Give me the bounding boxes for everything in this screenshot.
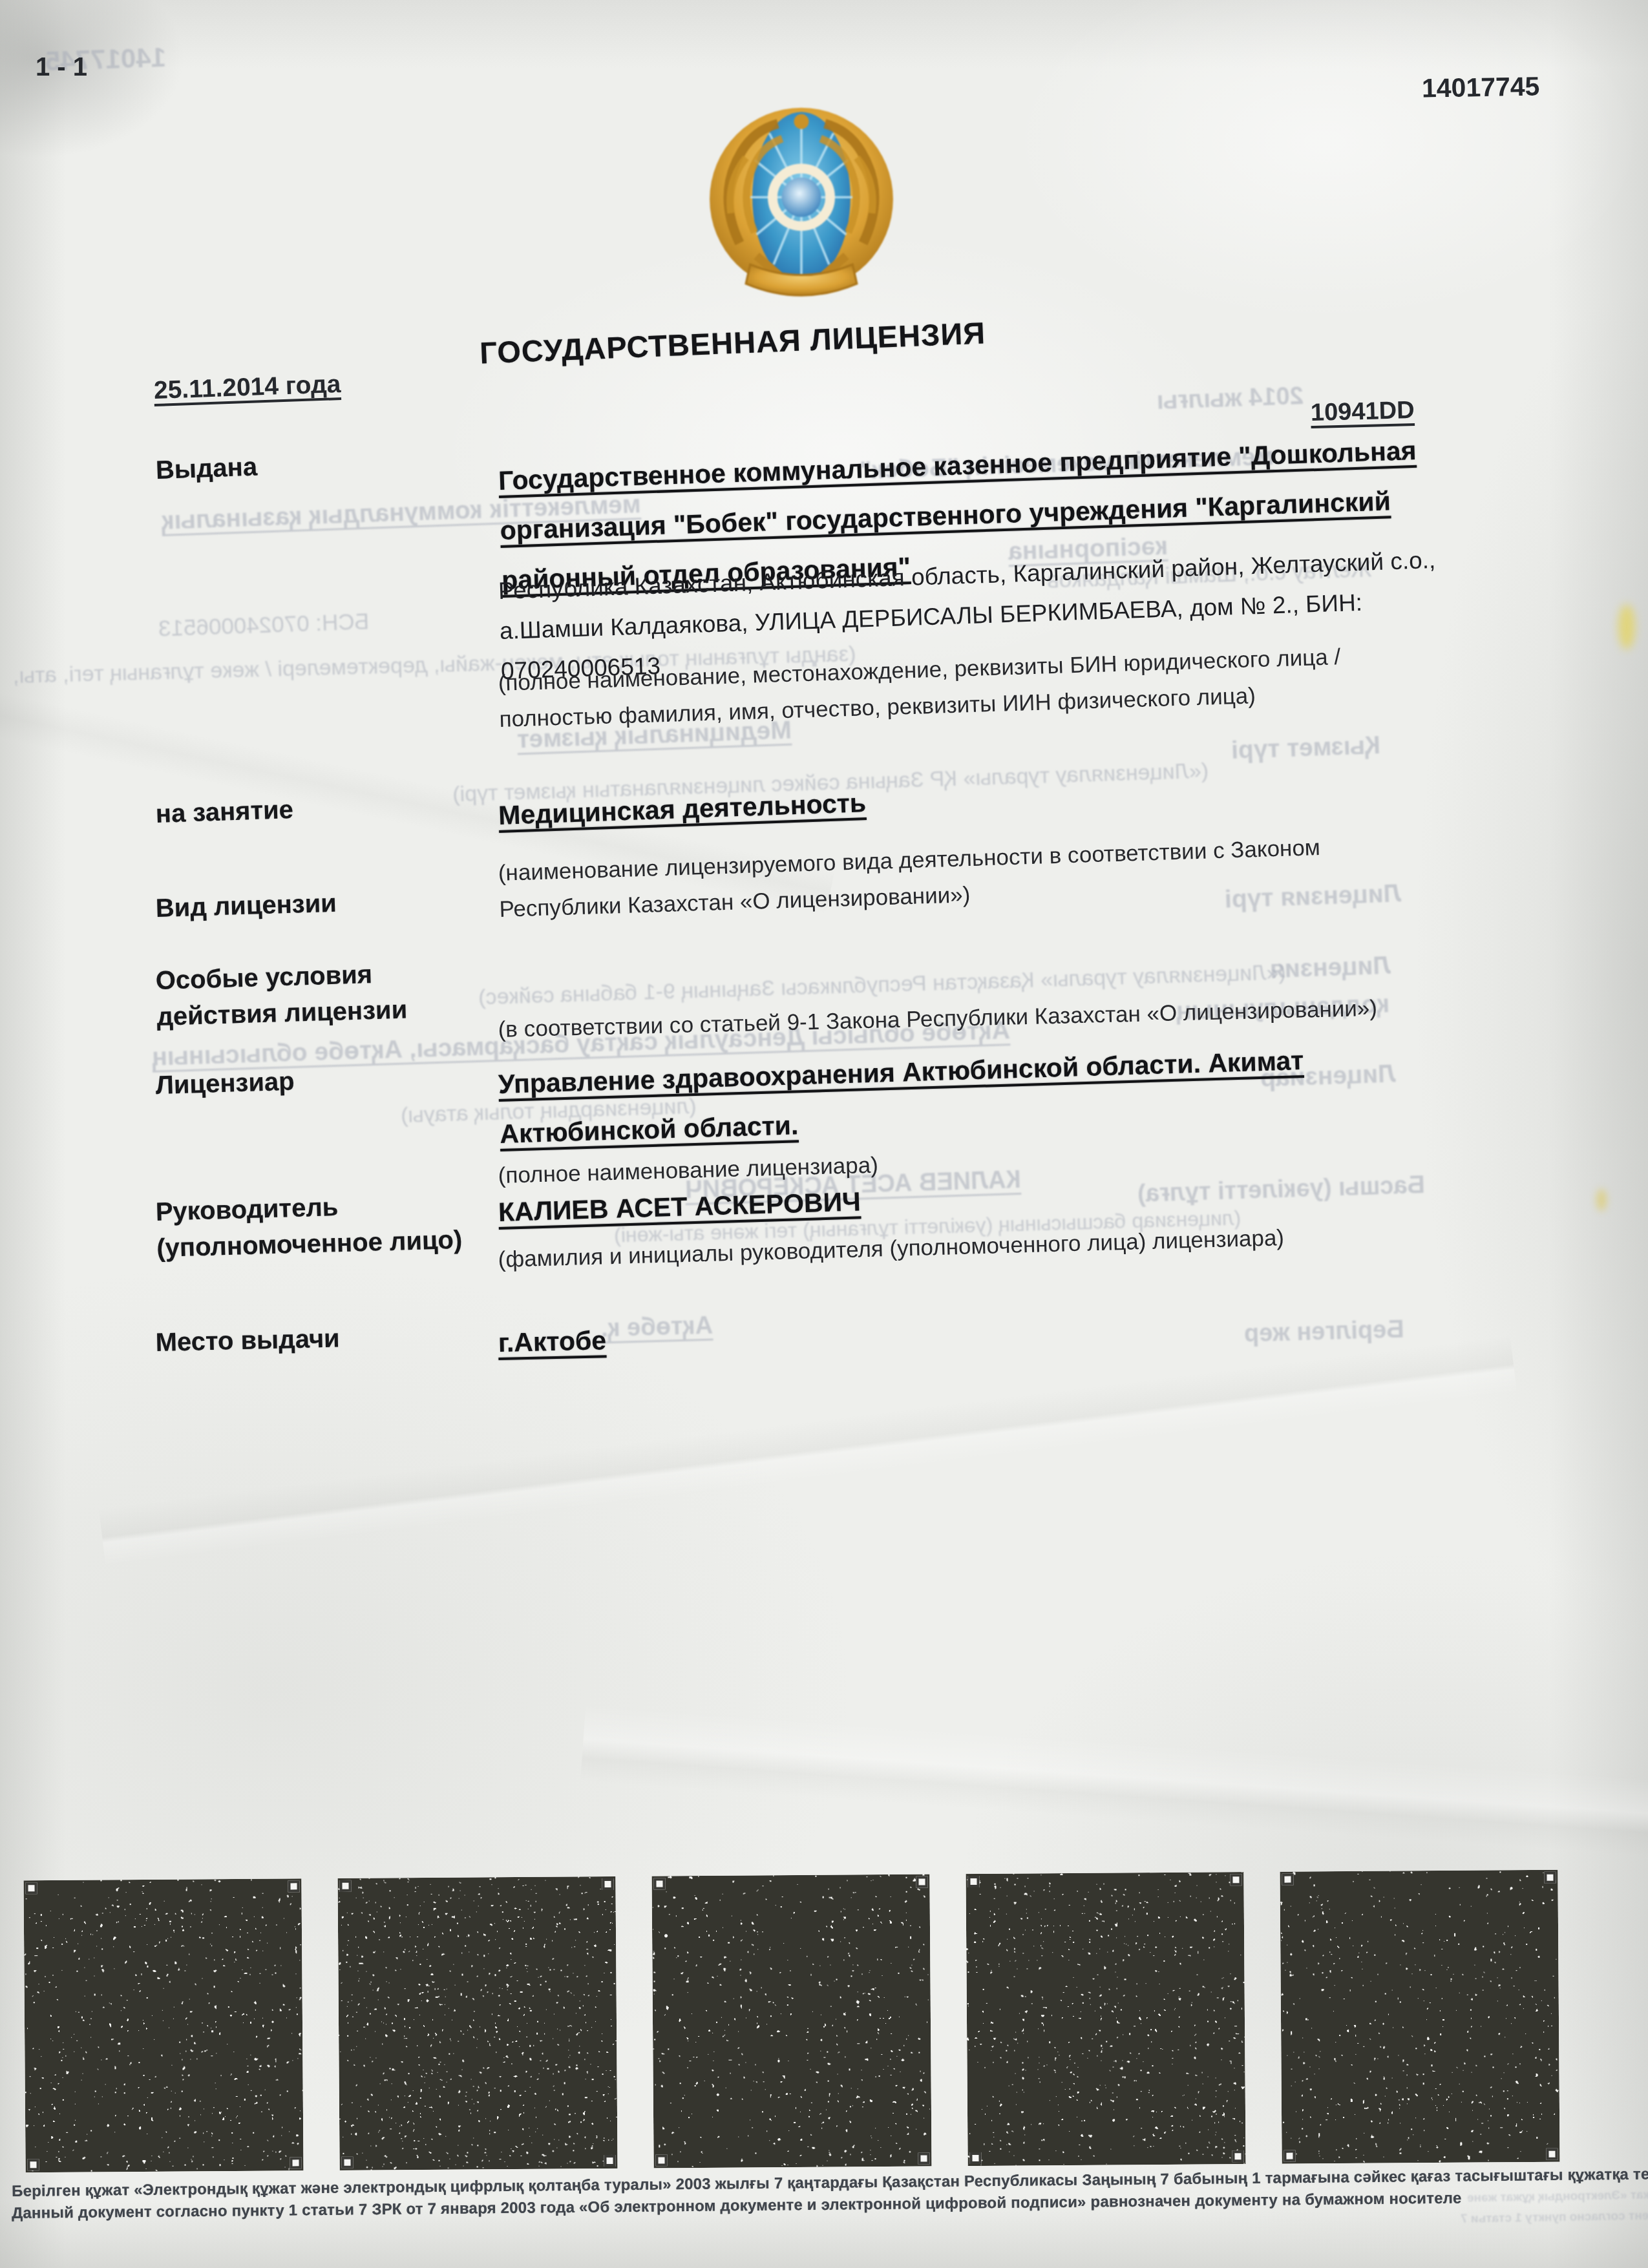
barcode-block bbox=[1280, 1870, 1559, 2164]
paper-smudge bbox=[1596, 1189, 1607, 1211]
bleedthrough-text: БСН: 070240006513 bbox=[158, 609, 369, 642]
issue-date: 25.11.2014 года bbox=[153, 370, 341, 405]
barcode-block bbox=[966, 1872, 1245, 2166]
barcode-block bbox=[23, 1878, 303, 2172]
bleedthrough-text: Лицензия bbox=[1269, 952, 1391, 984]
document-title: ГОСУДАРСТВЕННАЯ ЛИЦЕНЗИЯ bbox=[479, 315, 986, 370]
barcode-block bbox=[651, 1874, 931, 2168]
field-label-activity: на занятие bbox=[155, 792, 294, 832]
scanned-license-page: 14017745 2014 жылғы мемлекеттік мекемесі… bbox=[0, 0, 1648, 2268]
license-number: 10941DD bbox=[1310, 397, 1415, 427]
bleedthrough-text: Қызмет түрі bbox=[1231, 731, 1380, 765]
bleedthrough-text: Берілген құжат «Электрондық құжат және bbox=[1467, 2187, 1648, 2206]
bleedthrough-text: Берілген жер bbox=[1243, 1316, 1404, 1349]
document-number: 14017745 bbox=[1422, 71, 1540, 103]
field-label-special-conditions: Особые условия действия лицензии bbox=[155, 954, 467, 1035]
paper-crease bbox=[580, 1704, 1648, 1862]
bleedthrough-text: Басшы (уәкілетті тұлға) bbox=[1137, 1171, 1425, 1208]
place-value: г.Актобе bbox=[498, 1316, 607, 1368]
field-label-head: Руководитель (уполномоченное лицо) bbox=[155, 1185, 487, 1266]
kazakhstan-coat-of-arms-icon bbox=[695, 94, 908, 311]
field-label-issued-to: Выдана bbox=[155, 449, 258, 488]
barcode-block bbox=[337, 1876, 617, 2170]
paper-crease bbox=[99, 1335, 1517, 1566]
field-label-licensor: Лицензиар bbox=[155, 1064, 295, 1104]
bleedthrough-text: Ақтөбе қ. bbox=[600, 1312, 713, 1343]
paper-smudge bbox=[1618, 604, 1635, 649]
page-marker: 1 - 1 bbox=[36, 53, 87, 82]
bleedthrough-text: Данный документ согласно пункту 1 статьи… bbox=[1461, 2207, 1648, 2226]
field-label-license-type: Вид лицензии bbox=[155, 885, 337, 927]
field-label-place: Место выдачи bbox=[155, 1321, 340, 1361]
barcode-strip bbox=[23, 1870, 1559, 2173]
bleedthrough-text: 2014 жылғы bbox=[1156, 383, 1304, 415]
